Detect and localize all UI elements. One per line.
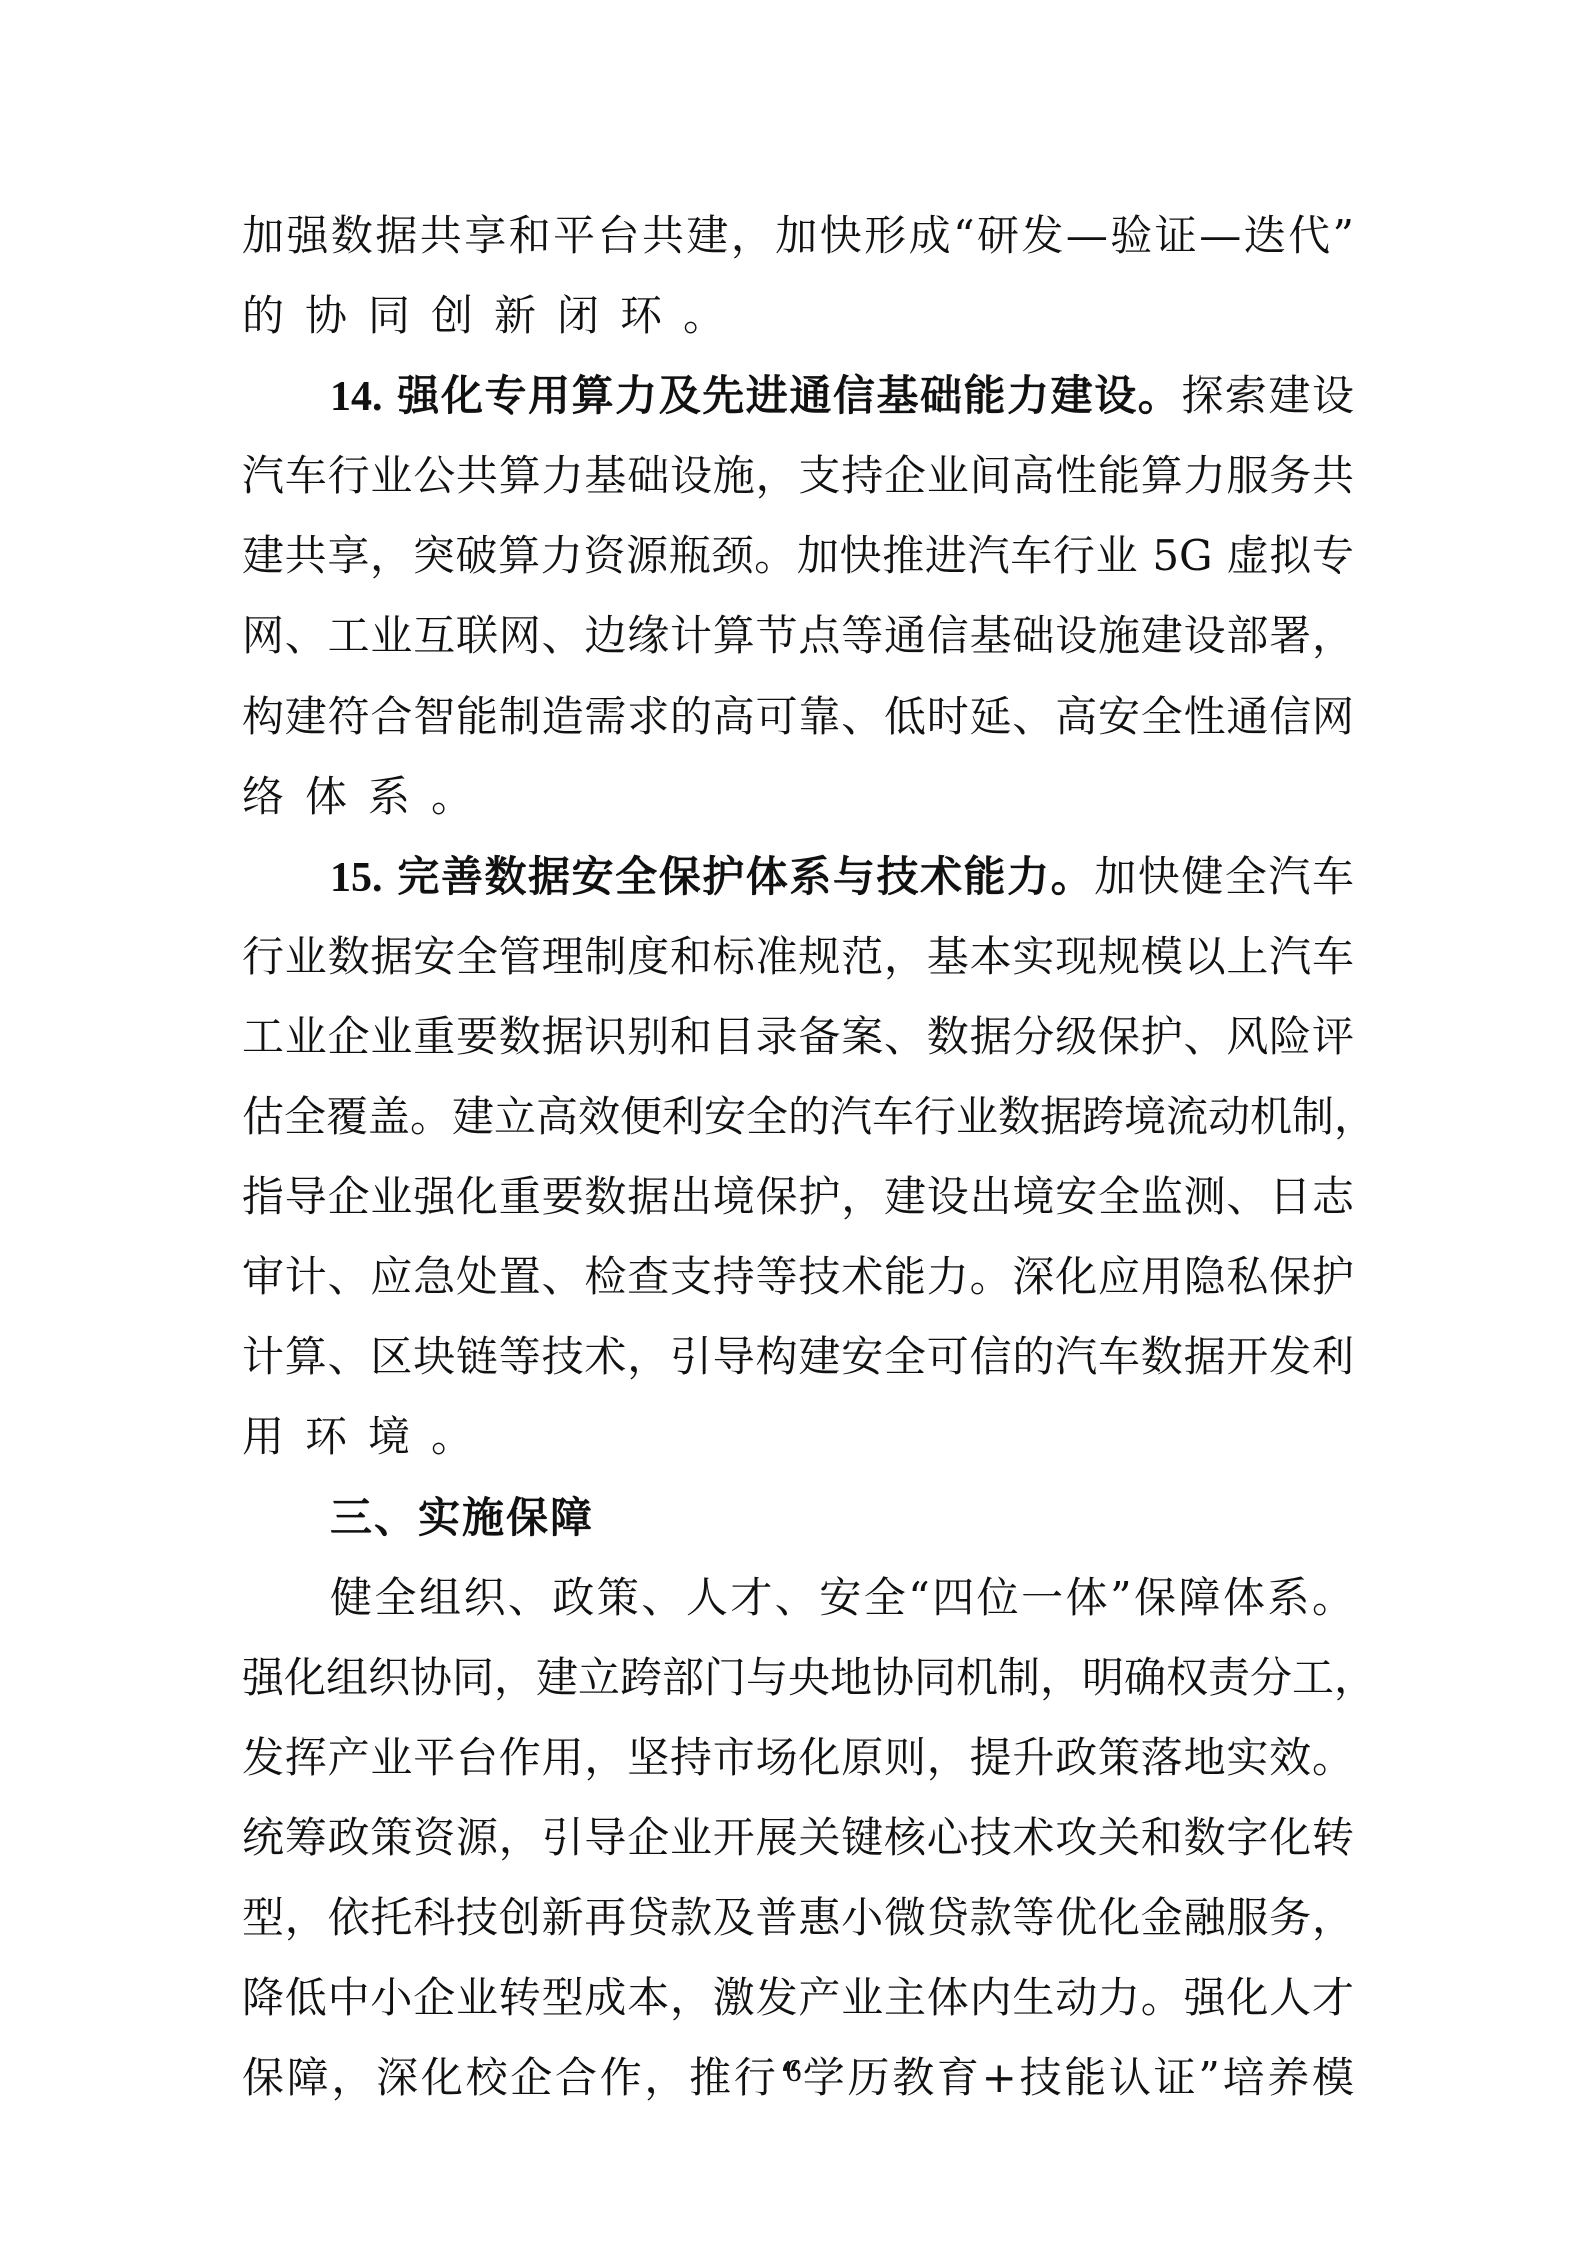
- document-body: 加强数据共享和平台共建，加快形成“研发—验证—迭代” 的协同创新闭环。 14. …: [242, 196, 1354, 2118]
- paragraph-line: 统筹政策资源，引导企业开展关键核心技术攻关和数字化转: [242, 1798, 1354, 1878]
- paragraph-line: 强化组织协同，建立跨部门与央地协同机制，明确权责分工，: [242, 1638, 1354, 1718]
- paragraph-line: 健全组织、政策、人才、安全“四位一体”保障体系。: [242, 1558, 1354, 1638]
- item-title: 强化专用算力及先进通信基础能力建设。: [397, 371, 1181, 420]
- page-number: 6: [0, 2052, 1587, 2089]
- paragraph-line: 构建符合智能制造需求的高可靠、低时延、高安全性通信网: [242, 677, 1354, 757]
- paragraph-line: 络体系。: [242, 757, 1354, 837]
- paragraph-line: 指导企业强化重要数据出境保护，建设出境安全监测、日志: [242, 1157, 1354, 1237]
- paragraph-line: 行业数据安全管理制度和标准规范，基本实现规模以上汽车: [242, 917, 1354, 997]
- paragraph-line: 审计、应急处置、检查支持等技术能力。深化应用隐私保护: [242, 1237, 1354, 1317]
- paragraph-line: 型，依托科技创新再贷款及普惠小微贷款等优化金融服务，: [242, 1878, 1354, 1958]
- item-title: 完善数据安全保护体系与技术能力。: [397, 852, 1094, 901]
- item-number: 14.: [330, 374, 383, 420]
- section-item-15-line: 15. 完善数据安全保护体系与技术能力。加快健全汽车: [242, 837, 1354, 917]
- paragraph-line: 工业企业重要数据识别和目录备案、数据分级保护、风险评: [242, 997, 1354, 1077]
- document-page: 加强数据共享和平台共建，加快形成“研发—验证—迭代” 的协同创新闭环。 14. …: [0, 0, 1587, 2245]
- paragraph-line: 降低中小企业转型成本，激发产业主体内生动力。强化人才: [242, 1958, 1354, 2038]
- paragraph-line: 的协同创新闭环。: [242, 276, 1354, 356]
- section-heading: 三、实施保障: [242, 1478, 1354, 1558]
- paragraph-line: 加强数据共享和平台共建，加快形成“研发—验证—迭代”: [242, 196, 1354, 276]
- paragraph-line: 计算、区块链等技术，引导构建安全可信的汽车数据开发利: [242, 1317, 1354, 1397]
- section-item-14-line: 14. 强化专用算力及先进通信基础能力建设。探索建设: [242, 356, 1354, 436]
- item-number: 15.: [330, 855, 383, 901]
- paragraph-line: 网、工业互联网、边缘计算节点等通信基础设施建设部署，: [242, 596, 1354, 676]
- item-text: 探索建设: [1181, 371, 1354, 420]
- paragraph-line: 建共享，突破算力资源瓶颈。加快推进汽车行业 5G 虚拟专: [242, 516, 1354, 596]
- paragraph-line: 用环境。: [242, 1397, 1354, 1477]
- item-text: 加快健全汽车: [1094, 852, 1354, 901]
- paragraph-line: 估全覆盖。建立高效便利安全的汽车行业数据跨境流动机制，: [242, 1077, 1354, 1157]
- paragraph-line: 汽车行业公共算力基础设施，支持企业间高性能算力服务共: [242, 436, 1354, 516]
- paragraph-line: 发挥产业平台作用，坚持市场化原则，提升政策落地实效。: [242, 1718, 1354, 1798]
